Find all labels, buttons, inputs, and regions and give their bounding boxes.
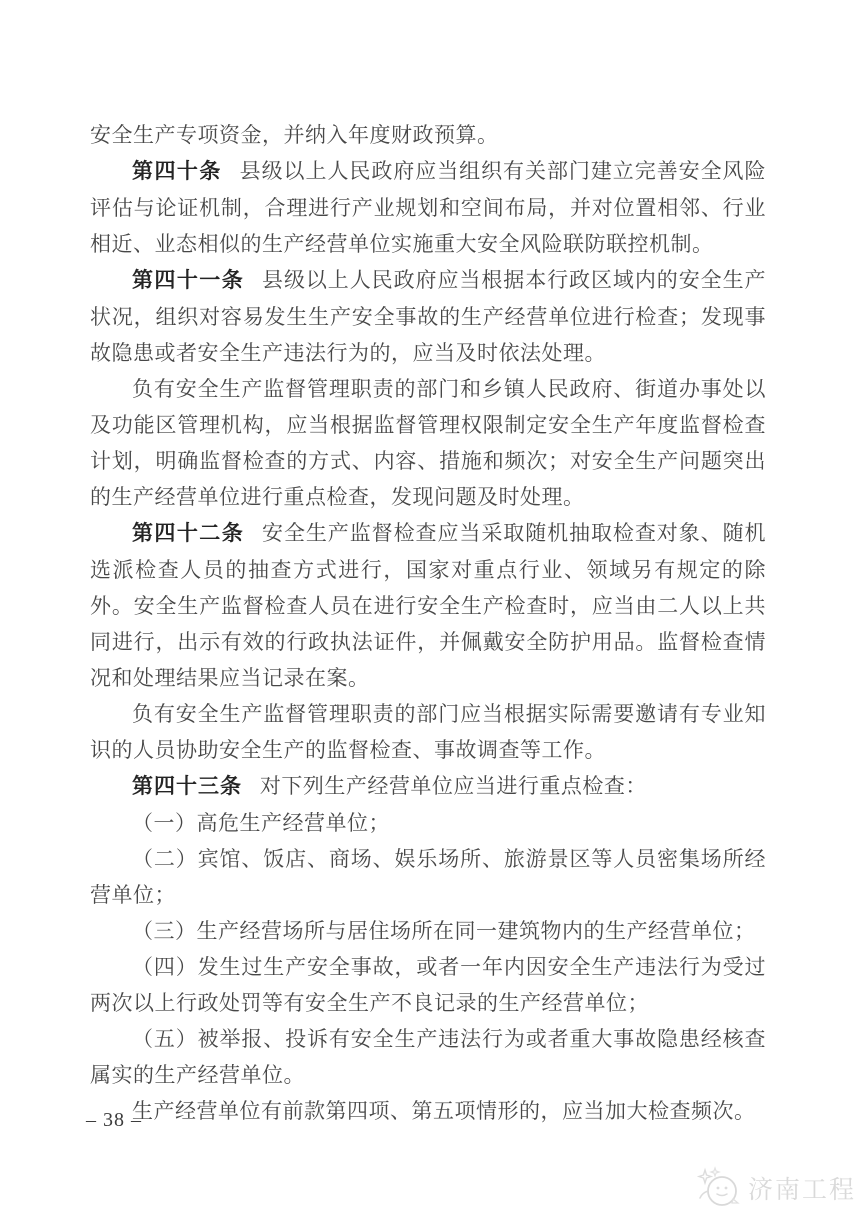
paragraph: 负有安全生产监督管理职责的部门和乡镇人民政府、街道办事处以及功能区管理机构，应当… bbox=[90, 371, 766, 515]
paragraph-text: （四）发生过生产安全事故，或者一年内因安全生产违法行为受过两次以上行政处罚等有安… bbox=[90, 955, 766, 1015]
list-item-4: （四）发生过生产安全事故，或者一年内因安全生产违法行为受过两次以上行政处罚等有安… bbox=[90, 949, 766, 1021]
list-item-5: （五）被举报、投诉有安全生产违法行为或者重大事故隐患经核查属实的生产经营单位。 bbox=[90, 1021, 766, 1093]
paragraph: 安全生产专项资金，并纳入年度财政预算。 bbox=[90, 117, 766, 153]
paragraph-text: （五）被举报、投诉有安全生产违法行为或者重大事故隐患经核查属实的生产经营单位。 bbox=[90, 1027, 766, 1087]
list-item-3: （三）生产经营场所与居住场所在同一建筑物内的生产经营单位； bbox=[90, 913, 766, 949]
paragraph-text: （二）宾馆、饭店、商场、娱乐场所、旅游景区等人员密集场所经营单位； bbox=[90, 847, 766, 907]
paragraph-text: 安全生产监督检查应当采取随机抽取检查对象、随机选派检查人员的抽查方式进行，国家对… bbox=[90, 521, 766, 690]
paragraph-text: 安全生产专项资金，并纳入年度财政预算。 bbox=[90, 123, 499, 147]
paragraph: 生产经营单位有前款第四项、第五项情形的，应当加大检查频次。 bbox=[90, 1093, 766, 1129]
document-body: 安全生产专项资金，并纳入年度财政预算。 第四十条县级以上人民政府应当组织有关部门… bbox=[90, 117, 766, 1129]
paragraph-text: 生产经营单位有前款第四项、第五项情形的，应当加大检查频次。 bbox=[132, 1099, 756, 1123]
list-item-2: （二）宾馆、饭店、商场、娱乐场所、旅游景区等人员密集场所经营单位； bbox=[90, 841, 766, 913]
watermark-text: 济南工程 bbox=[748, 1170, 856, 1206]
paragraph: 第四十条县级以上人民政府应当组织有关部门建立完善安全风险评估与论证机制，合理进行… bbox=[90, 153, 766, 262]
publisher-watermark: 济南工程 bbox=[695, 1166, 856, 1210]
article-number: 第四十条 bbox=[132, 160, 222, 183]
paragraph-text: 负有安全生产监督管理职责的部门和乡镇人民政府、街道办事处以及功能区管理机构，应当… bbox=[90, 377, 766, 509]
paragraph-text: 负有安全生产监督管理职责的部门应当根据实际需要邀请有专业知识的人员协助安全生产的… bbox=[90, 702, 766, 762]
paragraph: 负有安全生产监督管理职责的部门应当根据实际需要邀请有专业知识的人员协助安全生产的… bbox=[90, 696, 766, 768]
paragraph-text: 对下列生产经营单位应当进行重点检查： bbox=[260, 774, 647, 798]
paragraph: 第四十一条县级以上人民政府应当根据本行政区域内的安全生产状况，组织对容易发生生产… bbox=[90, 262, 766, 371]
paragraph: 第四十二条安全生产监督检查应当采取随机抽取检查对象、随机选派检查人员的抽查方式进… bbox=[90, 515, 766, 696]
paragraph-text: （三）生产经营场所与居住场所在同一建筑物内的生产经营单位； bbox=[132, 919, 756, 943]
paragraph-text: （一）高危生产经营单位； bbox=[132, 811, 390, 835]
article-number: 第四十二条 bbox=[132, 522, 244, 545]
page-number: – 38 – bbox=[86, 1109, 142, 1132]
article-number: 第四十一条 bbox=[132, 269, 244, 292]
article-number: 第四十三条 bbox=[132, 775, 242, 798]
mascot-face-icon bbox=[695, 1166, 743, 1210]
document-page: 安全生产专项资金，并纳入年度财政预算。 第四十条县级以上人民政府应当组织有关部门… bbox=[0, 0, 856, 1225]
paragraph: 第四十三条对下列生产经营单位应当进行重点检查： bbox=[90, 768, 766, 805]
list-item-1: （一）高危生产经营单位； bbox=[90, 805, 766, 841]
